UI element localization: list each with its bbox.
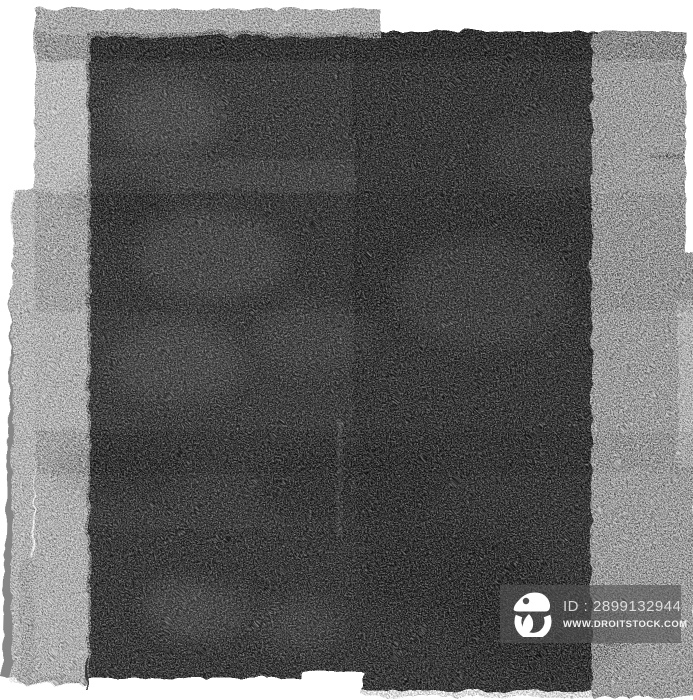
watermark-url-text: WWW.DROITSTOCK.COM [563, 620, 688, 630]
watermark-id-text: ID : 2899132944 [563, 599, 688, 614]
chameleon-logo-icon [513, 591, 553, 637]
watermark-overlay: ID : 2899132944 WWW.DROITSTOCK.COM [500, 585, 681, 643]
stock-texture-image: ID : 2899132944 WWW.DROITSTOCK.COM [0, 0, 693, 700]
